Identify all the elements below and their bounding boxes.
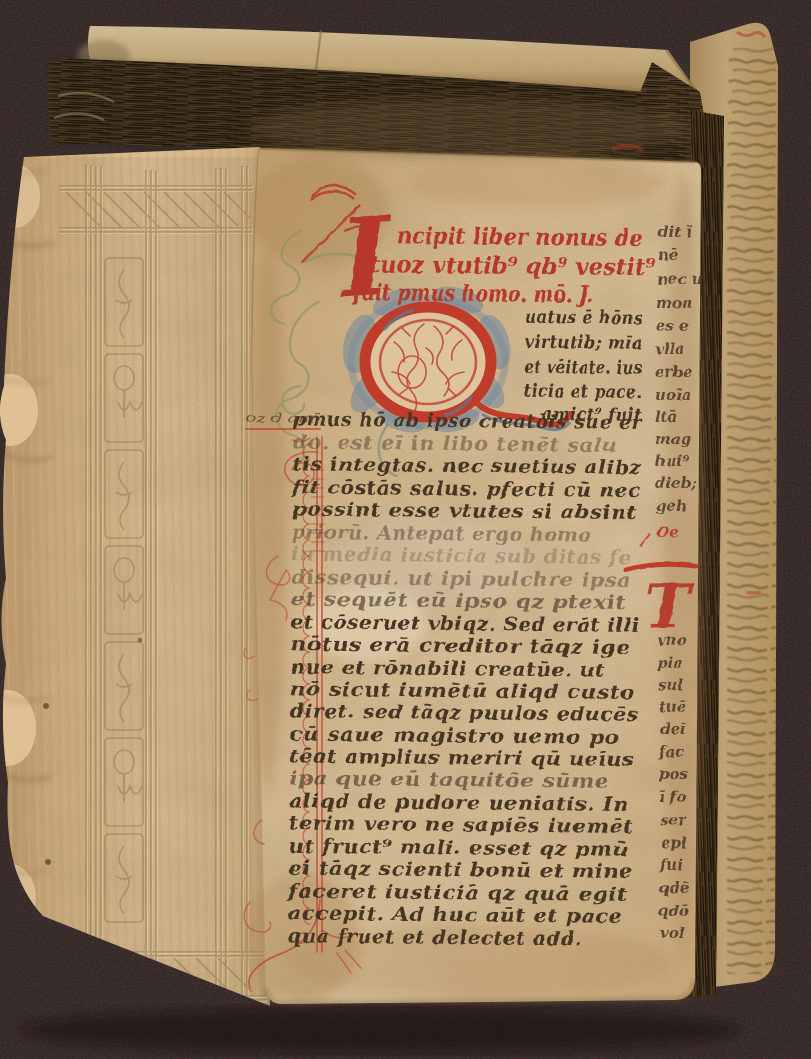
column2-fragment: qdō: [658, 902, 689, 920]
column2-fragment: es e: [656, 317, 689, 335]
photograph-manuscript-book: I ncipit liber nonus de qtuoz vtutib⁹ qb…: [0, 0, 811, 1059]
column2-fragment: sul: [658, 676, 683, 694]
column2-fragment: epl: [661, 834, 687, 852]
column2-fragment: vlla: [655, 340, 685, 358]
rubric-line: ncipit liber nonus de: [397, 222, 643, 252]
rubric-line: qtuoz vtutib⁹ qb⁹ vestit⁹: [353, 251, 655, 281]
manuscript-line: et sequēt eū ipso qz ptexit: [291, 588, 626, 614]
manuscript-page: I ncipit liber nonus de qtuoz vtutib⁹ qb…: [240, 98, 703, 1004]
under-leaf-red-fragment: [746, 591, 761, 594]
column2-fragment: deī: [660, 720, 686, 738]
manuscript-line: qua fruet et delectet add.: [287, 925, 582, 950]
column2-fragment: vol: [660, 924, 685, 942]
manuscript-line: pmus hō ab ipso creatōis sue er: [293, 408, 644, 434]
manuscript-line: nōtus erā creditor tāqz ige: [290, 633, 630, 659]
column2-fragment: pia: [657, 654, 683, 672]
manuscript-line: possint esse vtutes si absint: [292, 498, 637, 524]
column2-fragment: nē: [658, 246, 678, 264]
column2-fragment: uoīa: [655, 386, 691, 404]
marginal-note: oz d amī: [246, 410, 322, 426]
column2-fragment: hui⁹: [655, 452, 690, 470]
leather-grain: [0, 140, 280, 1020]
column2-fragment: dit ī: [658, 223, 692, 241]
column2-fragment: dieb;: [655, 474, 697, 492]
manuscript-line: diret. sed tāqz puulos educēs: [290, 700, 639, 726]
book-shadow: [20, 1008, 740, 1052]
column2-fragment: fac: [658, 743, 684, 761]
column2-fragment: qdē: [659, 879, 690, 897]
column2-fragment: erbe: [655, 363, 692, 381]
manuscript-line: tis integtas. nec suetius alibz: [292, 453, 642, 479]
manuscript-line: virtutib; mīa: [525, 332, 643, 354]
spine-and-cover: [0, 140, 280, 1020]
column2-fragment: ltā: [655, 408, 677, 426]
manuscript-line: ipa que eū taquitōe sūme: [289, 767, 609, 792]
column2-fragment: pos: [659, 765, 688, 783]
rubric-line: fuit pmus homo. mō. J.: [351, 279, 593, 309]
manuscript-line: priorū. Antepat ergo homo: [292, 521, 592, 546]
column2-fragment: nec u: [657, 270, 703, 288]
manuscript-line: et vēitate. ius: [524, 357, 642, 379]
manuscript-line: ticia et pace.: [524, 381, 642, 403]
manuscript-line: ei tāqz scienti bonū et mine: [288, 857, 633, 883]
under-leaf-text-showthrough: [727, 48, 776, 974]
manuscript-line: terim vero ne sapiēs iuemēt: [289, 812, 634, 838]
manuscript-line: uatus ē hōns: [525, 307, 643, 329]
column2-fragment: vno: [657, 631, 687, 649]
column2-fragment: tuē: [659, 698, 686, 716]
column2-fragment: geh: [656, 497, 687, 515]
column2-fragment: mag: [655, 430, 691, 448]
column2-rubric-fragment: Oe: [656, 523, 679, 541]
column2-fragment: ser: [660, 811, 687, 829]
manuscript-line: accepit. Ad huc aūt et pace: [288, 902, 623, 928]
column2-fragment: ī fo: [659, 788, 686, 806]
column2-fragment: mon: [656, 294, 693, 312]
manuscript-line: nue et rōnabili creatūe. ut: [290, 656, 605, 681]
manuscript-line: in media iusticia sub ditas fe: [291, 543, 631, 569]
column2-fragment: fui: [659, 856, 683, 874]
